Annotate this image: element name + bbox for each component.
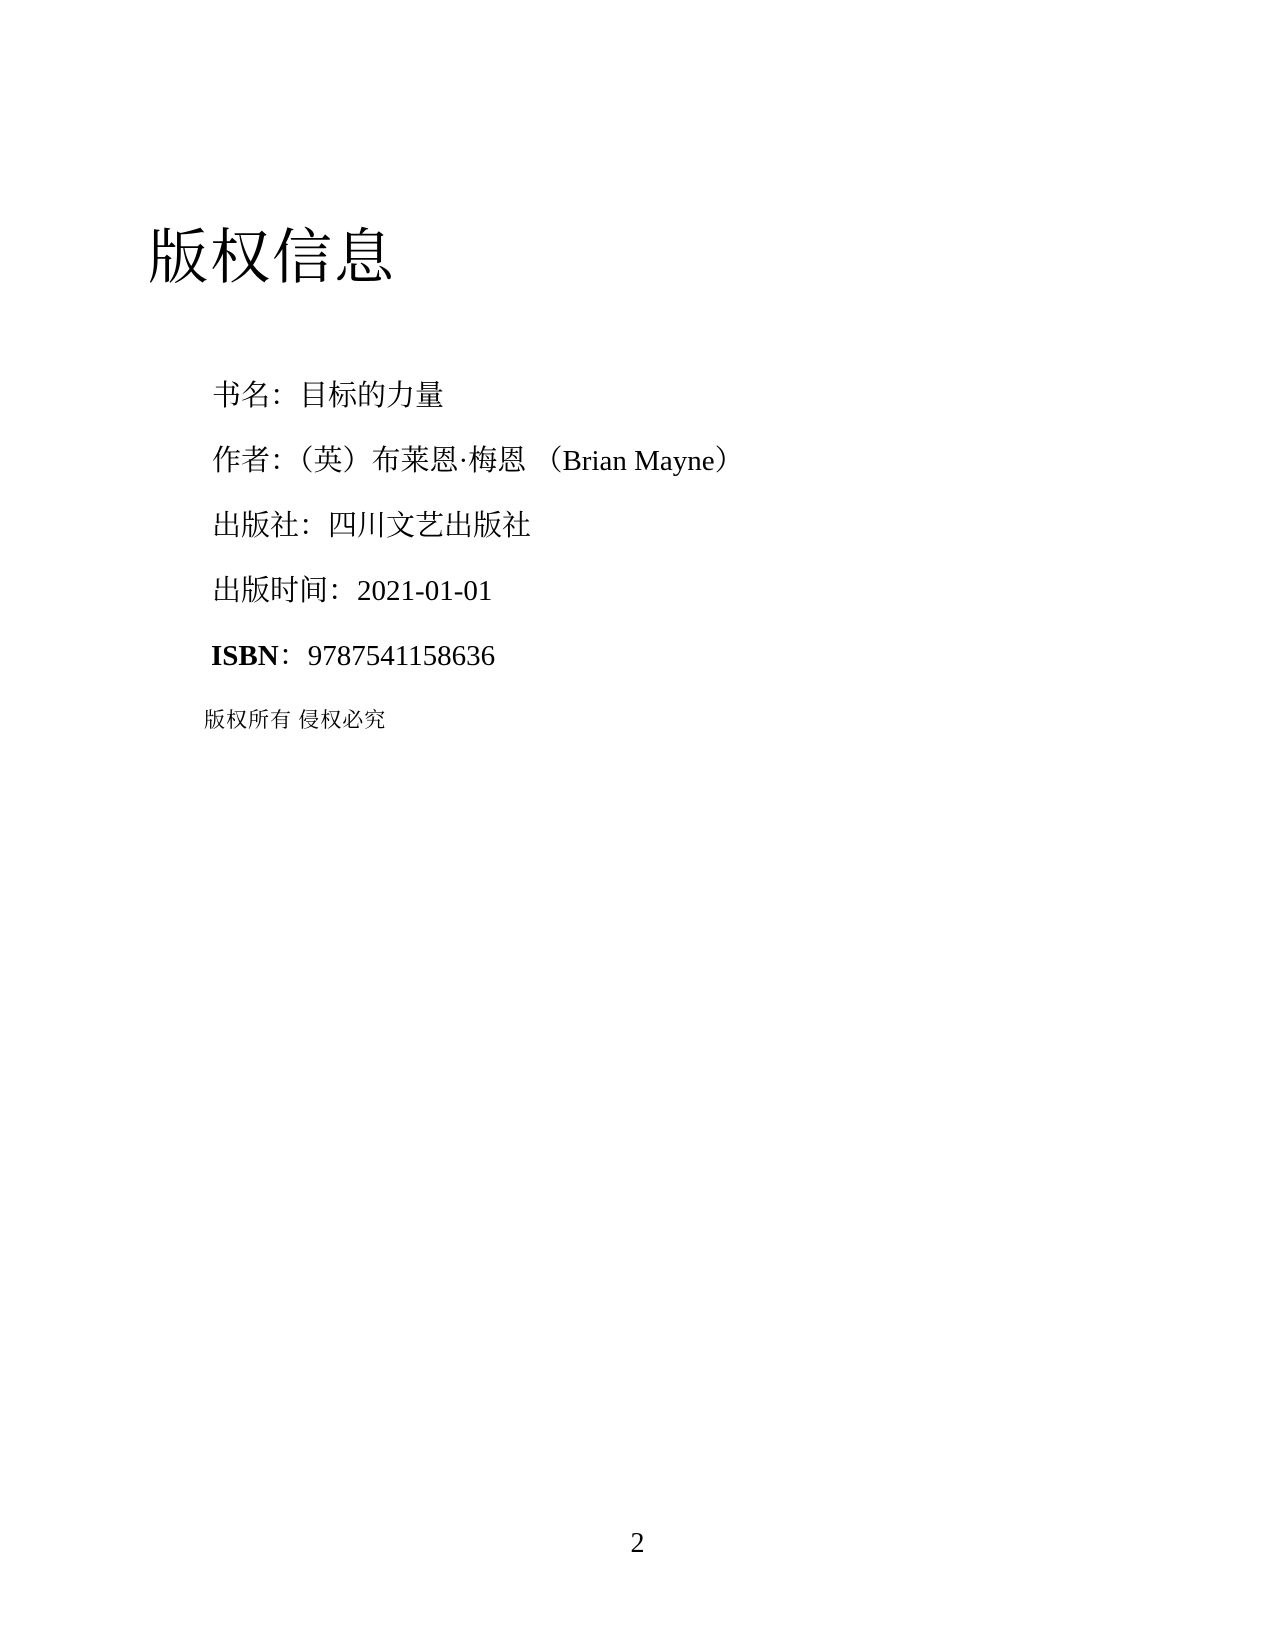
separator: ： xyxy=(328,575,357,607)
page-title: 版权信息 xyxy=(148,222,396,294)
isbn-label: ISBN xyxy=(211,640,279,672)
author-row: 作者：（英）布莱恩·梅恩 （Brian Mayne） xyxy=(212,443,744,479)
isbn-row: ISBN：9787541158636 xyxy=(211,638,744,674)
publish-date-row: 出版时间：2021-01-01 xyxy=(212,573,744,609)
publish-date-value: 2021-01-01 xyxy=(357,575,492,607)
copyright-notice: 版权所有 侵权必究 xyxy=(204,706,386,734)
book-title-label: 书名 xyxy=(212,380,270,412)
publish-date-label: 出版时间 xyxy=(212,575,328,607)
book-title-row: 书名：目标的力量 xyxy=(212,378,744,414)
separator: ： xyxy=(270,445,299,477)
separator: ： xyxy=(270,380,299,412)
isbn-value: 9787541158636 xyxy=(308,640,495,672)
author-label: 作者 xyxy=(212,445,270,477)
book-title-value: 目标的力量 xyxy=(299,380,444,412)
book-info-list: 书名：目标的力量 作者：（英）布莱恩·梅恩 （Brian Mayne） 出版社：… xyxy=(212,378,744,703)
separator: ： xyxy=(279,640,308,672)
page-number: 2 xyxy=(0,1527,1275,1561)
publisher-row: 出版社：四川文艺出版社 xyxy=(212,508,744,544)
separator: ： xyxy=(299,510,328,542)
publisher-value: 四川文艺出版社 xyxy=(328,510,531,542)
author-value: （英）布莱恩·梅恩 （Brian Mayne） xyxy=(299,445,744,477)
publisher-label: 出版社 xyxy=(212,510,299,542)
